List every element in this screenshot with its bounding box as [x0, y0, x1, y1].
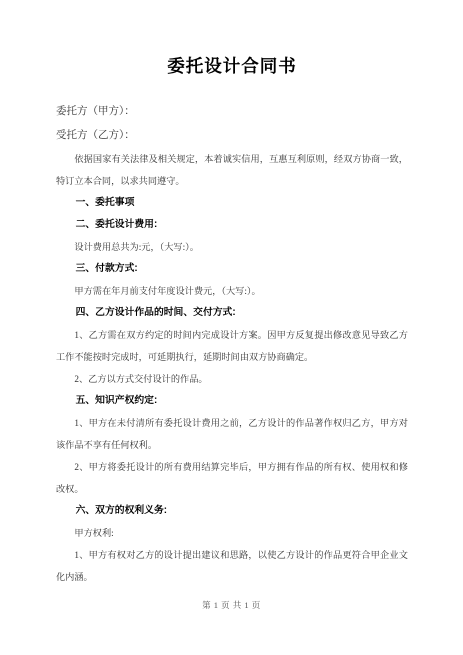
section-heading-6: 六、双方的权利义务: [56, 500, 408, 522]
section-heading-2: 二、委托设计费用: [56, 214, 408, 236]
section-rights-obligations: 六、双方的权利义务: 甲方权利: 1、甲方有权对乙方的设计提出建议和思路，以使乙… [56, 500, 408, 588]
contract-content: 委托设计合同书 委托方（甲方）： 受托方（乙方）： 依据国家有关法律及相关规定，… [0, 53, 463, 588]
section-5-paragraph-2: 2、甲方将委托设计的所有费用结算完毕后，甲方拥有作品的所有权、使用权和修改权。 [56, 456, 408, 500]
page-number-indicator: 第 1 页 共 1 页 [0, 598, 463, 612]
section-heading-4: 四、乙方设计作品的时间、交付方式: [56, 302, 408, 324]
section-heading-3: 三、付款方式: [56, 258, 408, 280]
party-a-label: 委托方（甲方）： [56, 100, 408, 124]
section-4-paragraph-1: 1、乙方需在双方约定的时间内完成设计方案。因甲方反复提出修改意见导致乙方工作不能… [56, 324, 408, 368]
section-6-paragraph-2: 1、甲方有权对乙方的设计提出建议和思路，以使乙方设计的作品更符合甲企业文化内涵。 [56, 544, 408, 588]
section-heading-5: 五、知识产权约定: [56, 390, 408, 412]
section-payment-method: 三、付款方式: 甲方需在年月前支付年度设计费元，（大写:）。 [56, 258, 408, 302]
document-title: 委托设计合同书 [56, 53, 408, 79]
section-entrusted-matters: 一、委托事项 [56, 192, 408, 214]
contract-page: 委托设计合同书 委托方（甲方）： 受托方（乙方）： 依据国家有关法律及相关规定，… [0, 0, 463, 655]
party-b-label: 受托方（乙方）： [56, 124, 408, 148]
preamble-paragraph: 依据国家有关法律及相关规定，本着诚实信用，互惠互利原则，经双方协商一致，特订立本… [56, 148, 408, 192]
section-4-paragraph-2: 2、乙方以方式交付设计的作品。 [56, 368, 408, 390]
section-heading-1: 一、委托事项 [56, 192, 408, 214]
section-intellectual-property: 五、知识产权约定: 1、甲方在未付清所有委托设计费用之前，乙方设计的作品著作权归… [56, 390, 408, 500]
section-5-paragraph-1: 1、甲方在未付清所有委托设计费用之前，乙方设计的作品著作权归乙方，甲方对该作品不… [56, 412, 408, 456]
section-3-paragraph: 甲方需在年月前支付年度设计费元，（大写:）。 [56, 280, 408, 302]
section-6-paragraph-1: 甲方权利: [56, 522, 408, 544]
section-design-fee: 二、委托设计费用: 设计费用总共为:元，（大写:）。 [56, 214, 408, 258]
section-2-paragraph: 设计费用总共为:元，（大写:）。 [56, 236, 408, 258]
section-delivery: 四、乙方设计作品的时间、交付方式: 1、乙方需在双方约定的时间内完成设计方案。因… [56, 302, 408, 390]
parties-block: 委托方（甲方）： 受托方（乙方）： [56, 100, 408, 148]
